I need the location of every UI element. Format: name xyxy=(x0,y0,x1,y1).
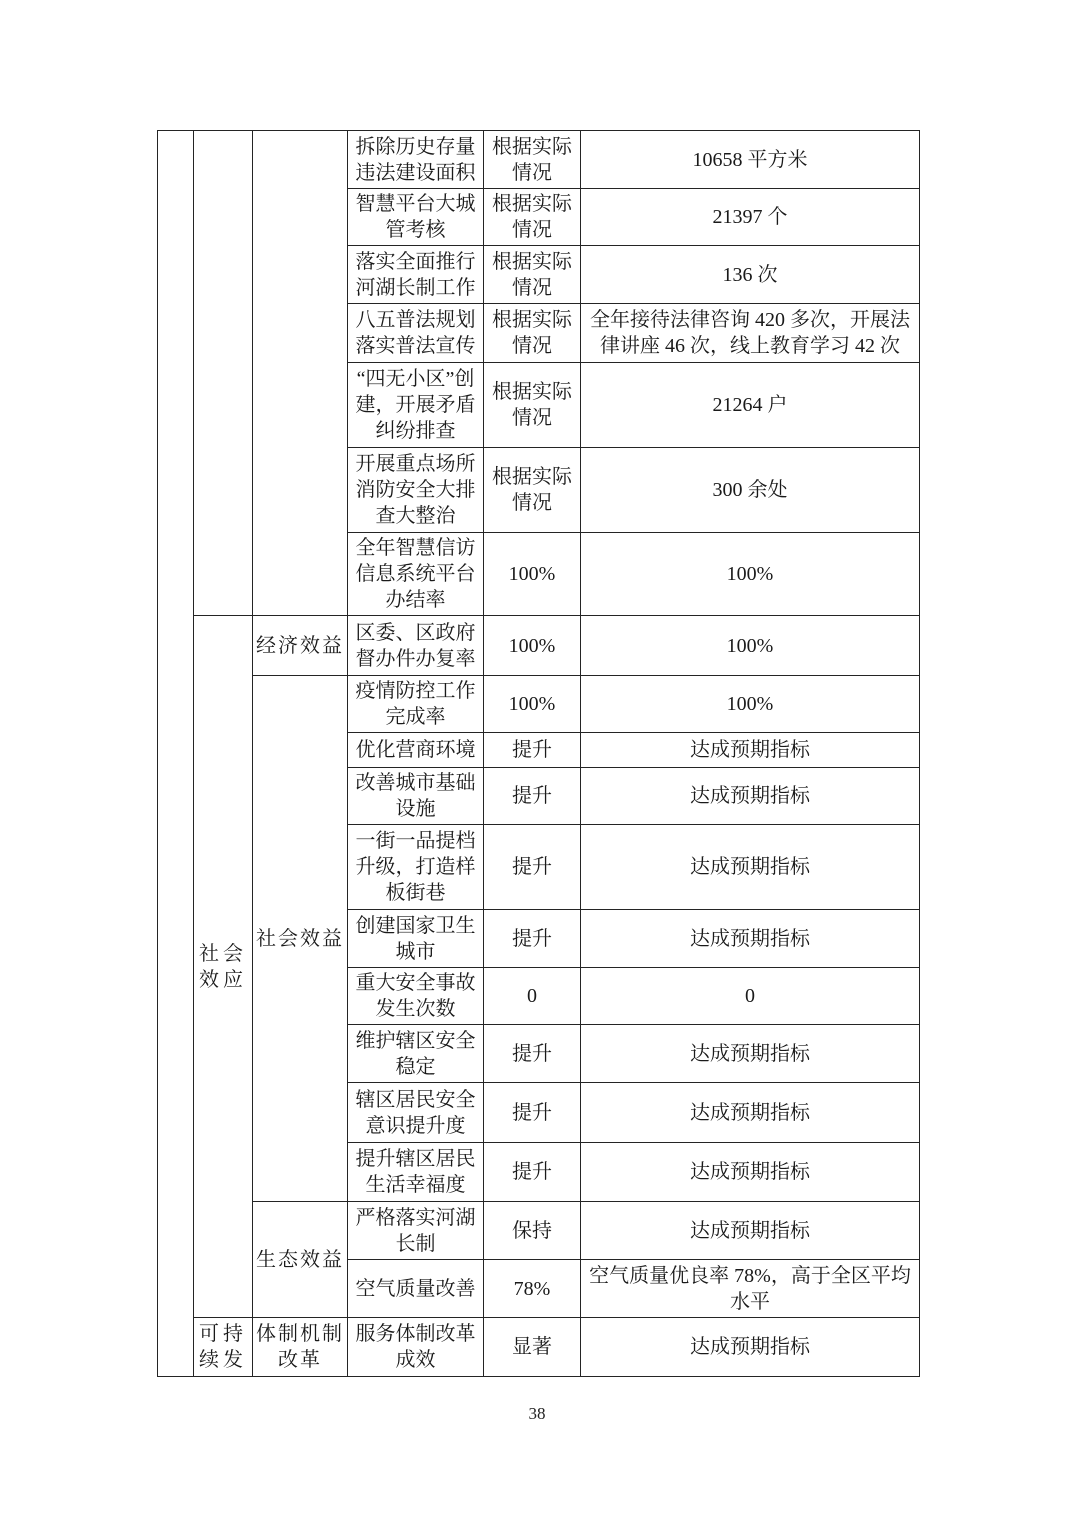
result-cell: 达成预期指标 xyxy=(581,1083,920,1143)
result-cell: 达成预期指标 xyxy=(581,1025,920,1083)
result-cell: 达成预期指标 xyxy=(581,1202,920,1260)
table-row: 拆除历史存量违法建设面积 根据实际情况 10658 平方米 xyxy=(158,131,920,189)
indicator-cell: 改善城市基础设施 xyxy=(348,768,484,825)
target-cell: 根据实际情况 xyxy=(484,363,581,448)
target-cell: 根据实际情况 xyxy=(484,189,581,246)
group-spacer-cell xyxy=(194,131,253,616)
target-cell: 100% xyxy=(484,676,581,733)
subgroup-label-economic-benefit: 经济效益 xyxy=(253,616,348,676)
table-row: 可持续发 体制机制改革 服务体制改革成效 显著 达成预期指标 xyxy=(158,1318,920,1377)
performance-indicator-table: 拆除历史存量违法建设面积 根据实际情况 10658 平方米 智慧平台大城管考核 … xyxy=(157,130,920,1377)
target-cell: 提升 xyxy=(484,910,581,968)
target-cell: 根据实际情况 xyxy=(484,246,581,304)
indicator-cell: 提升辖区居民生活幸福度 xyxy=(348,1143,484,1202)
result-cell: 达成预期指标 xyxy=(581,825,920,910)
indicator-cell: 疫情防控工作完成率 xyxy=(348,676,484,733)
result-cell: 达成预期指标 xyxy=(581,733,920,768)
target-cell: 提升 xyxy=(484,768,581,825)
result-cell: 100% xyxy=(581,616,920,676)
group-label-sustainable-dev: 可持续发 xyxy=(194,1318,253,1377)
indicator-cell: “四无小区”创建，开展矛盾纠纷排查 xyxy=(348,363,484,448)
result-cell: 100% xyxy=(581,676,920,733)
target-cell: 根据实际情况 xyxy=(484,131,581,189)
group-label-social-effect: 社会效应 xyxy=(194,616,253,1318)
result-cell: 10658 平方米 xyxy=(581,131,920,189)
target-cell: 100% xyxy=(484,616,581,676)
table-row: 社会效应 经济效益 区委、区政府督办件办复率 100% 100% xyxy=(158,616,920,676)
result-cell: 达成预期指标 xyxy=(581,910,920,968)
target-cell: 0 xyxy=(484,968,581,1025)
document-page: 拆除历史存量违法建设面积 根据实际情况 10658 平方米 智慧平台大城管考核 … xyxy=(0,0,1074,1520)
table-row: 社会效益 疫情防控工作完成率 100% 100% xyxy=(158,676,920,733)
indicator-cell: 八五普法规划落实普法宣传 xyxy=(348,304,484,363)
indicator-cell: 落实全面推行河湖长制工作 xyxy=(348,246,484,304)
result-cell: 全年接待法律咨询 420 多次，开展法律讲座 46 次，线上教育学习 42 次 xyxy=(581,304,920,363)
indicator-cell: 严格落实河湖长制 xyxy=(348,1202,484,1260)
subgroup-label-social-benefit: 社会效益 xyxy=(253,676,348,1202)
indicator-cell: 全年智慧信访信息系统平台办结率 xyxy=(348,533,484,616)
result-cell: 21264 户 xyxy=(581,363,920,448)
indicator-cell: 一街一品提档升级，打造样板街巷 xyxy=(348,825,484,910)
indicator-cell: 优化营商环境 xyxy=(348,733,484,768)
target-cell: 提升 xyxy=(484,1025,581,1083)
subgroup-spacer-cell xyxy=(253,131,348,616)
result-cell: 300 余处 xyxy=(581,448,920,533)
target-cell: 保持 xyxy=(484,1202,581,1260)
indicator-cell: 重大安全事故发生次数 xyxy=(348,968,484,1025)
target-cell: 提升 xyxy=(484,1143,581,1202)
indicator-cell: 区委、区政府督办件办复率 xyxy=(348,616,484,676)
indicator-cell: 拆除历史存量违法建设面积 xyxy=(348,131,484,189)
indicator-cell: 空气质量改善 xyxy=(348,1260,484,1318)
target-cell: 提升 xyxy=(484,825,581,910)
target-cell: 100% xyxy=(484,533,581,616)
target-cell: 78% xyxy=(484,1260,581,1318)
indicator-cell: 辖区居民安全意识提升度 xyxy=(348,1083,484,1143)
indicator-cell: 创建国家卫生城市 xyxy=(348,910,484,968)
result-cell: 达成预期指标 xyxy=(581,1318,920,1377)
table-row: 生态效益 严格落实河湖长制 保持 达成预期指标 xyxy=(158,1202,920,1260)
target-cell: 提升 xyxy=(484,733,581,768)
subgroup-label-institutional-reform: 体制机制改革 xyxy=(253,1318,348,1377)
result-cell: 136 次 xyxy=(581,246,920,304)
indicator-cell: 开展重点场所消防安全大排查大整治 xyxy=(348,448,484,533)
result-cell: 100% xyxy=(581,533,920,616)
indicator-cell: 服务体制改革成效 xyxy=(348,1318,484,1377)
target-cell: 提升 xyxy=(484,1083,581,1143)
category-spacer-cell xyxy=(158,131,194,1377)
result-cell: 达成预期指标 xyxy=(581,768,920,825)
result-cell: 21397 个 xyxy=(581,189,920,246)
target-cell: 根据实际情况 xyxy=(484,448,581,533)
indicator-cell: 智慧平台大城管考核 xyxy=(348,189,484,246)
result-cell: 0 xyxy=(581,968,920,1025)
page-number: 38 xyxy=(0,1404,1074,1424)
result-cell: 达成预期指标 xyxy=(581,1143,920,1202)
target-cell: 根据实际情况 xyxy=(484,304,581,363)
subgroup-label-ecological-benefit: 生态效益 xyxy=(253,1202,348,1318)
target-cell: 显著 xyxy=(484,1318,581,1377)
indicator-cell: 维护辖区安全稳定 xyxy=(348,1025,484,1083)
result-cell: 空气质量优良率 78%，高于全区平均水平 xyxy=(581,1260,920,1318)
